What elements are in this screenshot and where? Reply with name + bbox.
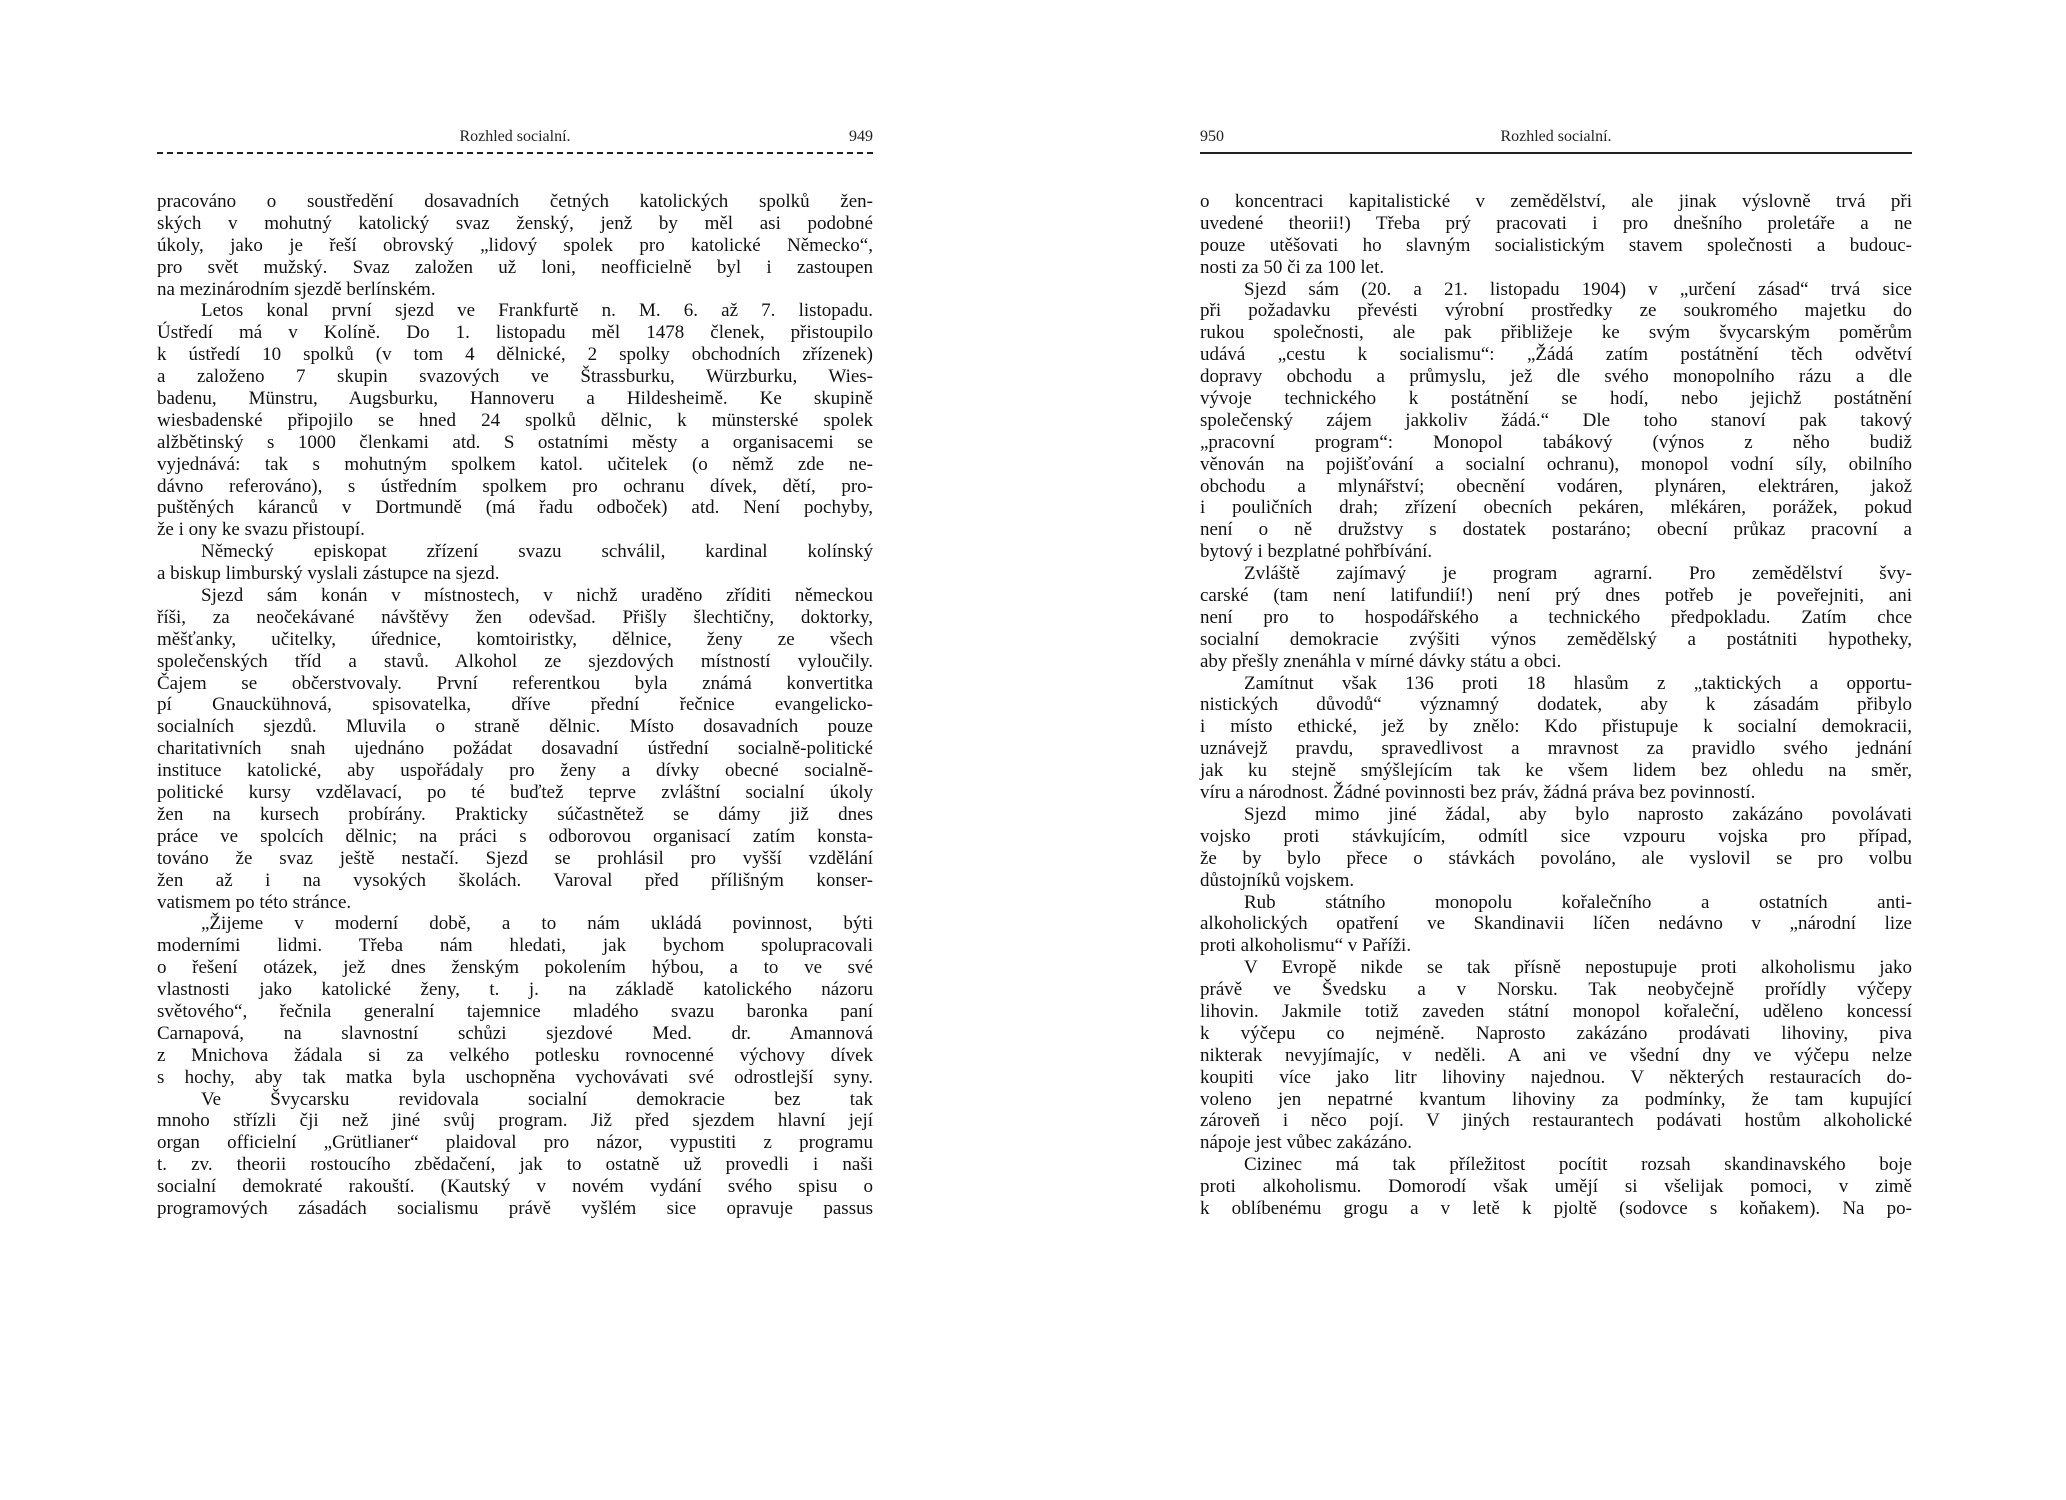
text-line: wiesbadenské připojilo se hned 24 spolků… xyxy=(157,410,873,432)
text-line: úkoly, jako je řeší obrovský „lidový spo… xyxy=(157,235,873,257)
text-line: Carnapová, na slavnostní schůzi sjezdové… xyxy=(157,1023,873,1045)
text-line: obchodu a mlynářství; obecnění vodáren, … xyxy=(1200,476,1912,498)
text-line: programových zásadách socialismu právě v… xyxy=(157,1198,873,1220)
text-line: „pracovní program“: Monopol tabákový (vý… xyxy=(1200,432,1912,454)
text-line: právě ve Švedsku a v Norsku. Tak neobyče… xyxy=(1200,979,1912,1001)
text-line: Cizinec má tak příležitost pocítit rozsa… xyxy=(1200,1154,1912,1176)
text-line: uvedené theorii!) Třeba prý pracovati i … xyxy=(1200,213,1912,235)
text-line: jak ku stejně smýšlejícím tak ke všem li… xyxy=(1200,760,1912,782)
text-line: Zvláště zajímavý je program agrarní. Pro… xyxy=(1200,563,1912,585)
text-line: měšťanky, učitelky, úřednice, komtoirist… xyxy=(157,629,873,651)
text-line: i pouličních drah; zřízení obecních peká… xyxy=(1200,497,1912,519)
page-body: o koncentraci kapitalistické v zemědělst… xyxy=(1200,191,1912,1220)
text-line: socialních sjezdů. Mluvila o straně děln… xyxy=(157,716,873,738)
text-line: pracováno o soustředění dosavadních četn… xyxy=(157,191,873,213)
text-line: mnoho střízli čji než jiné svůj program.… xyxy=(157,1110,873,1132)
text-line: ských v mohutný katolický svaz ženský, j… xyxy=(157,213,873,235)
text-line: V Evropě nikde se tak přísně nepostupuje… xyxy=(1200,957,1912,979)
text-line: i místo ethické, jež by znělo: Kdo přist… xyxy=(1200,716,1912,738)
text-line: Sjezd sám (20. a 21. listopadu 1904) v „… xyxy=(1200,279,1912,301)
page-number: 949 xyxy=(849,128,873,146)
running-title: Rozhled socialní. xyxy=(217,128,813,146)
text-line: a založeno 7 skupin svazových ve Štrassb… xyxy=(157,366,873,388)
text-line: společenských tříd a stavů. Alkohol ze s… xyxy=(157,651,873,673)
text-line: práce ve spolcích dělnic; na práci s odb… xyxy=(157,826,873,848)
text-line: zároveň i něco pojí. V jiných restaurant… xyxy=(1200,1110,1912,1132)
text-line: nápoje jest vůbec zakázáno. xyxy=(1200,1132,1912,1154)
text-line: společenský zájem jakkoliv žádá.“ Dle to… xyxy=(1200,410,1912,432)
text-line: charitativních snah ujednáno požádat dos… xyxy=(157,738,873,760)
text-line: Sjezd sám konán v místnostech, v nichž u… xyxy=(157,585,873,607)
text-line: aby přešly znenáhla v mírné dávky státu … xyxy=(1200,651,1912,673)
text-line: vlastnosti jako katolické ženy, t. j. na… xyxy=(157,979,873,1001)
text-line: na mezinárodním sjezdě berlínském. xyxy=(157,279,873,301)
text-line: Čajem se občerstvovaly. První referentko… xyxy=(157,673,873,695)
text-line: víru a národnost. Žádné povinnosti bez p… xyxy=(1200,782,1912,804)
text-line: pouze utěšovati ho slavným socialistický… xyxy=(1200,235,1912,257)
text-line: vyjednává: tak s mohutným spolkem katol.… xyxy=(157,454,873,476)
text-line: dopravy obchodu a průmyslu, jež dle svéh… xyxy=(1200,366,1912,388)
text-line: Letos konal první sjezd ve Frankfurtě n.… xyxy=(157,300,873,322)
text-line: že i ony ke svazu přistoupí. xyxy=(157,519,873,541)
text-line: vývoje technického k postátnění se hodí,… xyxy=(1200,388,1912,410)
page-number: 950 xyxy=(1200,128,1224,146)
text-line: instituce katolické, aby uspořádaly pro … xyxy=(157,760,873,782)
text-line: žen na kursech probírány. Prakticky súča… xyxy=(157,804,873,826)
text-line: k ústředí 10 spolků (v tom 4 dělnické, 2… xyxy=(157,344,873,366)
text-line: o řešení otázek, jež dnes ženským pokole… xyxy=(157,957,873,979)
text-line: Sjezd mimo jiné žádal, aby bylo naprosto… xyxy=(1200,804,1912,826)
text-line: s hochy, aby tak matka byla uschopněna v… xyxy=(157,1067,873,1089)
text-line: světového“, řečnila generalní tajemnice … xyxy=(157,1001,873,1023)
text-line: koupiti více jako litr lihoviny najednou… xyxy=(1200,1067,1912,1089)
text-line: carské (tam není latifundií!) není prý d… xyxy=(1200,585,1912,607)
text-line: že by bylo přece o stávkách povoláno, al… xyxy=(1200,848,1912,870)
header-rule xyxy=(1200,152,1912,154)
text-line: „Žijeme v moderní době, a to nám ukládá … xyxy=(157,913,873,935)
text-line: pro svět mužský. Svaz založen už loni, n… xyxy=(157,257,873,279)
text-line: organ officielní „Grütlianer“ plaidoval … xyxy=(157,1132,873,1154)
running-head: 950 Rozhled socialní. xyxy=(1200,128,1912,152)
text-line: alžbětinský s 1000 členkami atd. S ostat… xyxy=(157,432,873,454)
text-line: proti alkoholismu“ v Paříži. xyxy=(1200,935,1912,957)
text-line: bytový i bezplatné pohřbívání. xyxy=(1200,541,1912,563)
text-line: dávno referováno), s ústředním spolkem p… xyxy=(157,476,873,498)
text-line: socialní demokraté rakouští. (Kautský v … xyxy=(157,1176,873,1198)
text-line: věnován na pojišťování a socialní ochran… xyxy=(1200,454,1912,476)
text-line: k oblíbenému grogu a v letě k pjoltě (so… xyxy=(1200,1198,1912,1220)
text-line: nistických důvodů“ významný dodatek, aby… xyxy=(1200,694,1912,716)
text-line: a biskup limburský vyslali zástupce na s… xyxy=(157,563,873,585)
text-line: Rub státního monopolu kořalečního a osta… xyxy=(1200,892,1912,914)
text-line: t. zv. theorii rostoucího zbědačení, jak… xyxy=(157,1154,873,1176)
text-line: z Mnichova žádala si za velkého potlesku… xyxy=(157,1045,873,1067)
text-line: rukou společnosti, ale pak přibližeje ke… xyxy=(1200,322,1912,344)
text-line: badenu, Münstru, Augsburku, Hannoveru a … xyxy=(157,388,873,410)
text-line: říši, za neočekávané návštěvy žen odevša… xyxy=(157,607,873,629)
text-line: vatismem po této stránce. xyxy=(157,892,873,914)
text-line: o koncentraci kapitalistické v zemědělst… xyxy=(1200,191,1912,213)
text-line: žen až i na vysokých školách. Varoval př… xyxy=(157,870,873,892)
text-line: alkoholických opatření ve Skandinavii lí… xyxy=(1200,913,1912,935)
text-line: Zamítnut však 136 proti 18 hlasům z „tak… xyxy=(1200,673,1912,695)
text-line: k výčepu co nejméně. Naprosto zakázáno p… xyxy=(1200,1023,1912,1045)
text-line: Ve Švycarsku revidovala socialní demokra… xyxy=(157,1089,873,1111)
text-line: není o ně družstvy s dostatek postaráno;… xyxy=(1200,519,1912,541)
text-line: továno že svaz ještě nestačí. Sjezd se p… xyxy=(157,848,873,870)
text-line: puštěných káranců v Dortmundě (má řadu o… xyxy=(157,497,873,519)
text-line: nikterak nevyjímajíc, v neděli. A ani ve… xyxy=(1200,1045,1912,1067)
text-line: socialní demokracie zvýšiti výnos zemědě… xyxy=(1200,629,1912,651)
running-head: Rozhled socialní. 949 xyxy=(157,128,873,152)
text-line: pí Gnauckühnová, spisovatelka, dříve pře… xyxy=(157,694,873,716)
text-line: důstojníků vojskem. xyxy=(1200,870,1912,892)
text-line: politické kursy vzdělavací, po té buďtež… xyxy=(157,782,873,804)
text-line: voleno jen nepatrné kvantum lihoviny za … xyxy=(1200,1089,1912,1111)
text-line: nosti za 50 či za 100 let. xyxy=(1200,257,1912,279)
text-line: proti alkoholismu. Domorodí však umějí s… xyxy=(1200,1176,1912,1198)
text-line: lihovin. Jakmile totiž zaveden státní mo… xyxy=(1200,1001,1912,1023)
header-rule xyxy=(157,152,873,154)
running-title: Rozhled socialní. xyxy=(1260,128,1852,146)
text-line: není pro to hospodářského a technického … xyxy=(1200,607,1912,629)
text-line: Ústředí má v Kolíně. Do 1. listopadu měl… xyxy=(157,322,873,344)
text-line: udává „cestu k socialismu“: „Žádá zatím … xyxy=(1200,344,1912,366)
text-line: při požadavku převésti výrobní prostředk… xyxy=(1200,300,1912,322)
text-line: uznávejž pravdu, spravedlivost a mravnos… xyxy=(1200,738,1912,760)
page-body: pracováno o soustředění dosavadních četn… xyxy=(157,191,873,1220)
text-line: Německý episkopat zřízení svazu schválil… xyxy=(157,541,873,563)
text-line: vojsko proti stávkujícím, odmítl sice vz… xyxy=(1200,826,1912,848)
text-line: moderními lidmi. Třeba nám hledati, jak … xyxy=(157,935,873,957)
